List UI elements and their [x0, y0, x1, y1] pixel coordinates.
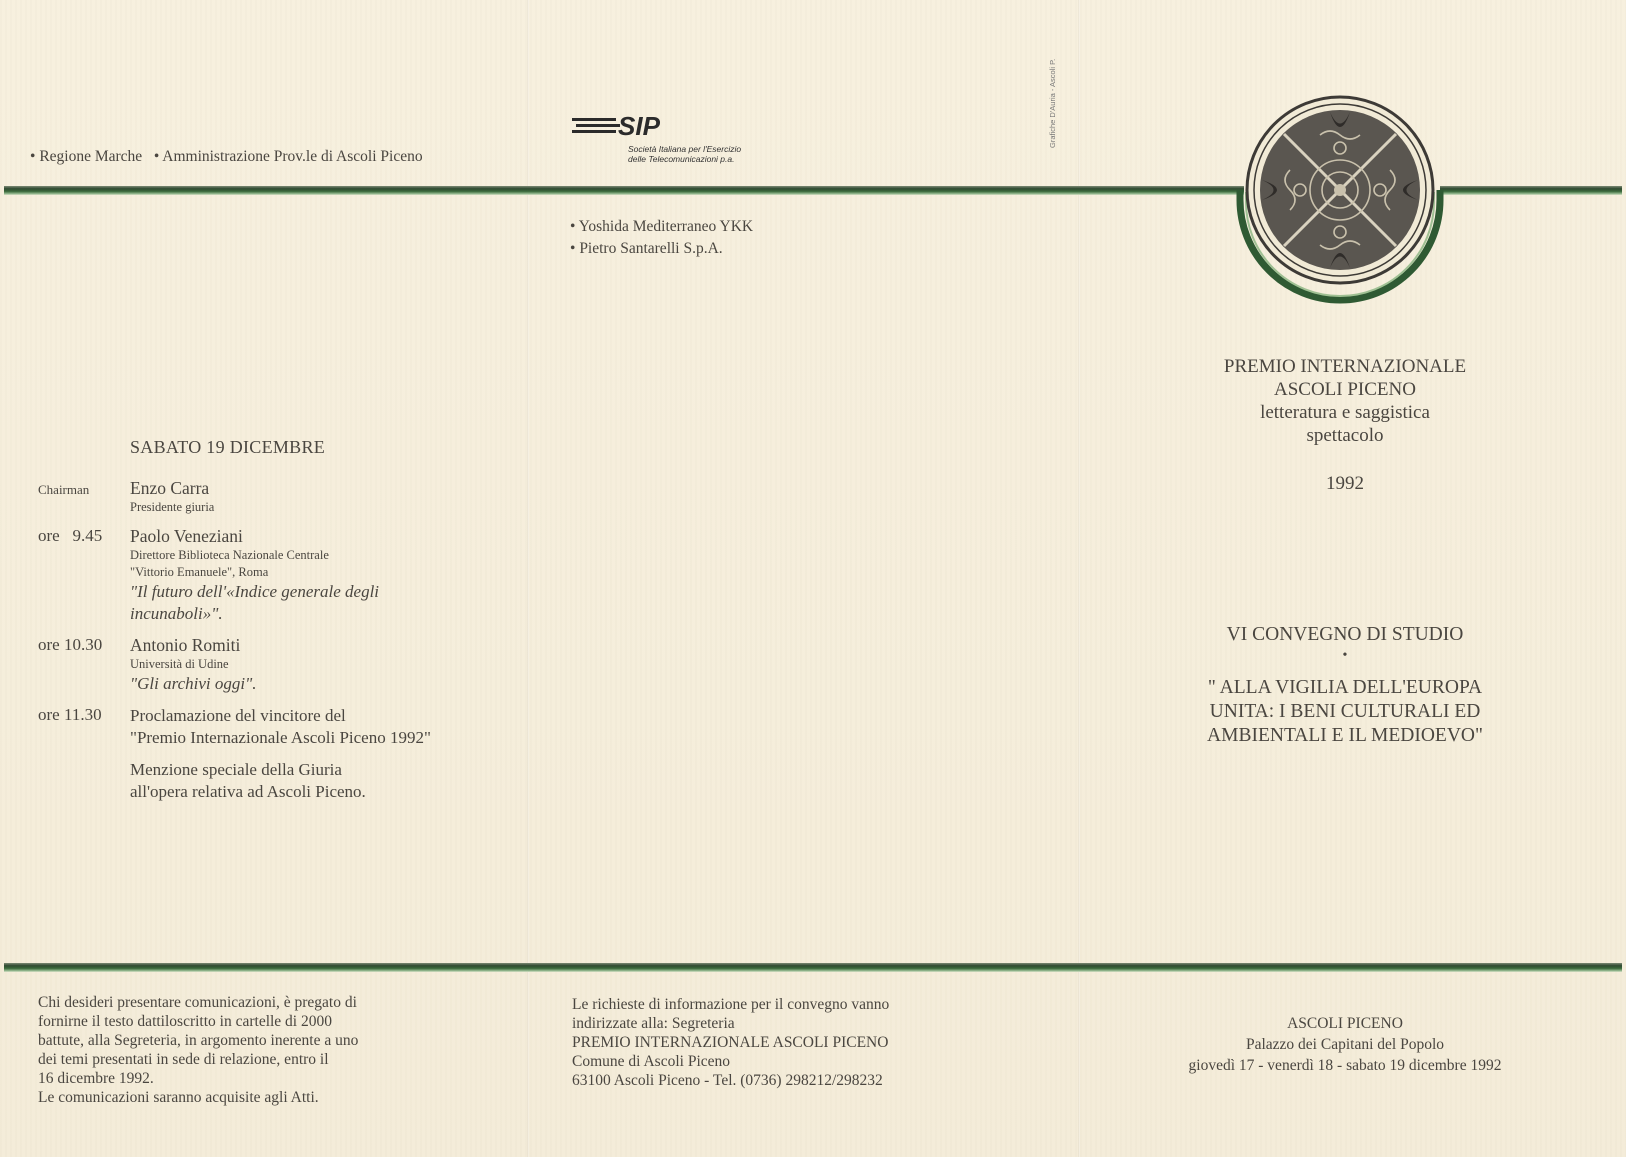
notice-line: Le comunicazioni saranno acquisite agli … [38, 1088, 508, 1107]
program-day-title: SABATO 19 DICEMBRE [130, 437, 325, 458]
prize-subtitle-line: letteratura e saggistica [1110, 401, 1580, 424]
venue-city: ASCOLI PICENO [1110, 1013, 1580, 1034]
venue-building: Palazzo dei Capitani del Popolo [1110, 1034, 1580, 1055]
prize-title-line: PREMIO INTERNAZIONALE [1110, 355, 1580, 378]
program-text: "Premio Internazionale Ascoli Piceno 199… [130, 727, 498, 749]
submission-notice: Chi desideri presentare comunicazioni, è… [38, 993, 508, 1107]
prize-title-line: ASCOLI PICENO [1110, 378, 1580, 401]
program-list: Chairman Enzo Carra Presidente giuria or… [38, 478, 498, 813]
svg-text:SIP: SIP [618, 111, 661, 141]
contact-line: Le richieste di informazione per il conv… [572, 995, 1042, 1014]
notice-line: battute, alla Segreteria, in argomento i… [38, 1031, 508, 1050]
program-time: Chairman [38, 478, 130, 516]
prize-year: 1992 [1110, 473, 1580, 495]
convegno-title: VI CONVEGNO DI STUDIO [1110, 624, 1580, 646]
program-item: Menzione speciale della Giuria all'opera… [38, 759, 498, 803]
speaker-role: Presidente giuria [130, 499, 498, 516]
event-dates: giovedì 17 - venerdì 18 - sabato 19 dice… [1110, 1055, 1580, 1076]
speaker-role: Direttore Biblioteca Nazionale Centrale [130, 547, 498, 564]
convegno-theme: " ALLA VIGILIA DELL'EUROPA UNITA: I BENI… [1110, 676, 1580, 748]
program-item: ore 10.30 Antonio Romiti Università di U… [38, 635, 498, 695]
program-item: Chairman Enzo Carra Presidente giuria [38, 478, 498, 516]
notice-line: fornirne il testo dattiloscritto in cart… [38, 1012, 508, 1031]
speaker-name: Paolo Veneziani [130, 526, 498, 547]
program-item: ore 9.45 Paolo Veneziani Direttore Bibli… [38, 526, 498, 625]
sip-logo: SIP [572, 108, 692, 147]
program-text: Menzione speciale della Giuria [130, 759, 498, 781]
speaker-role: Università di Udine [130, 656, 498, 673]
contact-info: Le richieste di informazione per il conv… [572, 995, 1042, 1090]
program-item: ore 11.30 Proclamazione del vincitore de… [38, 705, 498, 749]
notice-line: Chi desideri presentare comunicazioni, è… [38, 993, 508, 1012]
contact-line: Comune di Ascoli Piceno [572, 1052, 1042, 1071]
sponsor-ykk: Yoshida Mediterraneo YKK [579, 218, 753, 235]
program-time: ore 10.30 [38, 635, 130, 695]
program-text: all'opera relativa ad Ascoli Piceno. [130, 781, 498, 803]
sip-subtitle-line-2: delle Telecomunicazioni p.a. [628, 154, 741, 164]
speaker-name: Antonio Romiti [130, 635, 498, 656]
prize-title: PREMIO INTERNAZIONALE ASCOLI PICENO lett… [1110, 355, 1580, 447]
sponsor-santarelli: Pietro Santarelli S.p.A. [579, 240, 722, 257]
sip-logo-subtitle: Società Italiana per l'Esercizio delle T… [628, 144, 741, 164]
sip-subtitle-line-1: Società Italiana per l'Esercizio [628, 144, 741, 154]
speaker-role: "Vittorio Emanuele", Roma [130, 564, 498, 581]
speaker-name: Enzo Carra [130, 478, 498, 499]
notice-line: 16 dicembre 1992. [38, 1069, 508, 1088]
prize-subtitle-line: spettacolo [1110, 424, 1580, 447]
talk-title: "Gli archivi oggi". [130, 673, 498, 695]
theme-line: UNITA: I BENI CULTURALI ED [1110, 700, 1580, 724]
program-time: ore 9.45 [38, 526, 130, 625]
talk-title: "Il futuro dell'«Indice generale degli i… [130, 581, 430, 625]
institutional-sponsors: • Regione Marche • Amministrazione Prov.… [30, 148, 423, 166]
program-time: ore 11.30 [38, 705, 130, 749]
separator-dot: • [1110, 648, 1580, 664]
sip-logo-icon: SIP [572, 108, 692, 142]
contact-line: PREMIO INTERNAZIONALE ASCOLI PICENO [572, 1033, 1042, 1052]
private-sponsors: • Yoshida Mediterraneo YKK • Pietro Sant… [570, 216, 753, 260]
contact-line: indirizzate alla: Segreteria [572, 1014, 1042, 1033]
sponsor-provincia: Amministrazione Prov.le di Ascoli Piceno [162, 148, 422, 165]
venue-dates: ASCOLI PICENO Palazzo dei Capitani del P… [1110, 1013, 1580, 1076]
theme-line: AMBIENTALI E IL MEDIOEVO" [1110, 724, 1580, 748]
printer-credit: Grafiche D'Auria - Ascoli P. [1048, 59, 1057, 148]
program-text: Proclamazione del vincitore del [130, 705, 498, 727]
contact-phone: 63100 Ascoli Piceno - Tel. (0736) 298212… [572, 1071, 1042, 1090]
sponsor-regione: Regione Marche [39, 148, 142, 165]
theme-line: " ALLA VIGILIA DELL'EUROPA [1110, 676, 1580, 700]
notice-line: dei temi presentati in sede di relazione… [38, 1050, 508, 1069]
